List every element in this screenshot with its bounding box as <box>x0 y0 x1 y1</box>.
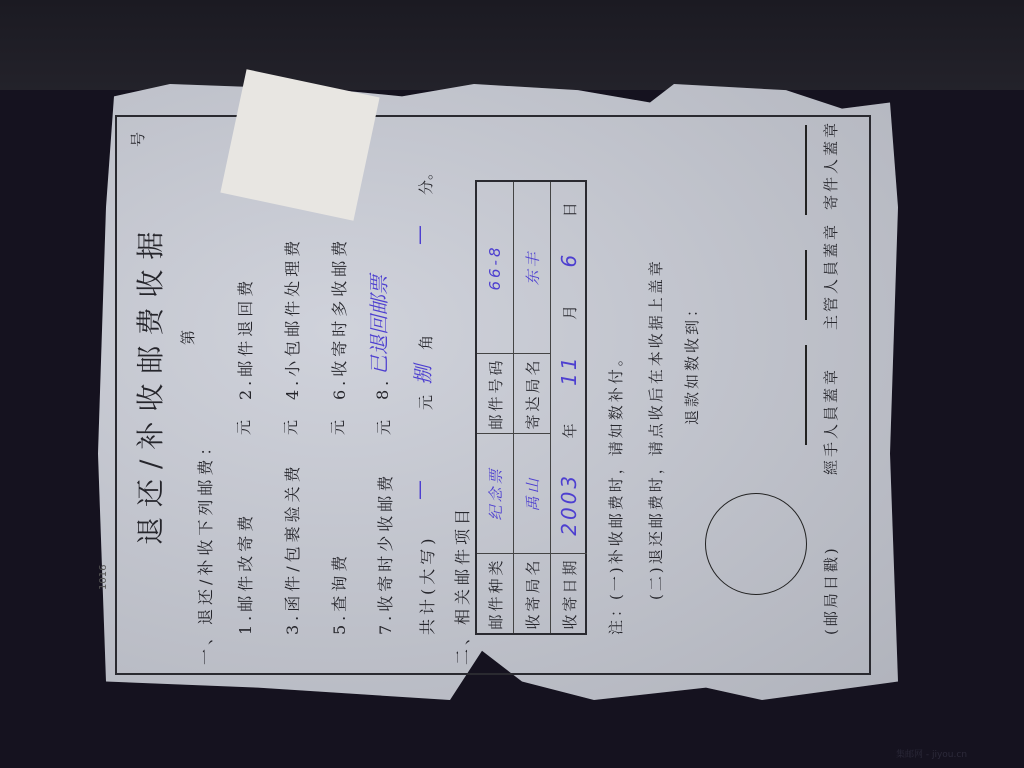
month-unit: 月 <box>559 302 580 320</box>
cell-label: 邮件号码 <box>477 353 513 433</box>
cell-value: 纪念票 <box>477 433 513 553</box>
fee-item-8: 8. <box>373 377 392 400</box>
fee-item-1-unit: 元 <box>233 420 254 435</box>
cell-value: 66-8 <box>477 182 513 353</box>
signature-line-sender <box>805 125 807 215</box>
cell-label: 收寄局名 <box>514 553 550 633</box>
fee-item-2: 2.邮件退回费 <box>233 277 256 400</box>
dark-background <box>0 0 1024 90</box>
section1-heading: 一、退还/补收下列邮费： <box>193 436 216 665</box>
total-label: 共计(大写) <box>415 535 438 636</box>
note-1: (一)补收邮费时，请如数补付。 <box>605 348 626 600</box>
total-yuan-value: — <box>407 480 431 500</box>
cell-label: 寄达局名 <box>514 353 550 433</box>
date-month: 11 <box>557 354 581 385</box>
table-row: 邮件种类 纪念票 邮件号码 66-8 <box>477 182 514 633</box>
date-day: 6 <box>557 252 581 268</box>
receipt-content: 退还/补收邮费收据 第 号 一、退还/补收下列邮费： 1.邮件改寄费 元 2.邮… <box>115 115 871 675</box>
site-watermark: 集邮网 - jiyou.cn <box>896 747 967 760</box>
number-suffix: 号 <box>127 132 148 147</box>
fee-item-6: 6.收寄时多收邮费 <box>327 237 350 400</box>
fee-item-8-handwritten: 已退回邮票 <box>363 275 392 375</box>
number-prefix: 第 <box>177 330 198 345</box>
note-2: (二)退还邮费时，请点收后在本收据上盖章 <box>645 258 666 600</box>
notes-prefix: 注： <box>605 599 626 635</box>
date-year: 2003 <box>557 473 581 536</box>
day-unit: 日 <box>559 199 580 217</box>
postmark-circle <box>705 493 807 595</box>
stamp-back <box>224 73 376 217</box>
total-fen-value: — <box>407 225 431 245</box>
cell-label: 收寄日期 <box>551 553 587 633</box>
section2-heading: 二、相关邮件项目 <box>450 505 473 665</box>
sender-signature-label: 寄件人蓋章 <box>820 120 841 210</box>
handler-signature-label: 經手人員蓋章 <box>820 367 841 475</box>
table-row: 收寄局名 禹山 寄达局名 东丰 <box>514 182 551 633</box>
fee-item-3-unit: 元 <box>280 420 301 435</box>
fee-item-7: 7.收寄时少收邮费 <box>373 472 396 635</box>
cell-value: 禹山 <box>514 433 550 553</box>
refund-received-label: 退款如数收到： <box>681 299 702 425</box>
cell-label: 邮件种类 <box>477 553 513 633</box>
postmark-label: (邮局日戳) <box>820 545 841 635</box>
fee-item-5-unit: 元 <box>327 420 348 435</box>
total-fen-unit: 分。 <box>415 165 436 195</box>
mail-details-table: 邮件种类 纪念票 邮件号码 66-8 收寄局名 禹山 寄达局名 东丰 收寄日期 … <box>475 180 587 635</box>
fee-item-3: 3.函件/包裹验关费 <box>280 462 303 635</box>
fee-item-1: 1.邮件改寄费 <box>233 512 256 635</box>
serial-number: 1016 <box>98 565 109 590</box>
cell-value: 东丰 <box>514 182 550 353</box>
fee-item-4: 4.小包邮件处理费 <box>280 237 303 400</box>
receipt-title: 退还/补收邮费收据 <box>129 222 169 545</box>
year-unit: 年 <box>559 420 580 438</box>
date-cell: 2003 年 11 月 6 日 <box>551 182 587 553</box>
table-row: 收寄日期 2003 年 11 月 6 日 <box>551 182 587 633</box>
fee-item-5: 5.查询费 <box>327 552 350 635</box>
supervisor-signature-label: 主管人員蓋章 <box>820 222 841 330</box>
fee-item-7-unit: 元 <box>373 420 394 435</box>
total-jiao-value: 捌 <box>407 365 436 385</box>
total-yuan-unit: 元 <box>415 395 436 410</box>
signature-line-supervisor <box>805 250 807 320</box>
signature-line-handler <box>805 345 807 445</box>
total-jiao-unit: 角 <box>415 335 436 350</box>
